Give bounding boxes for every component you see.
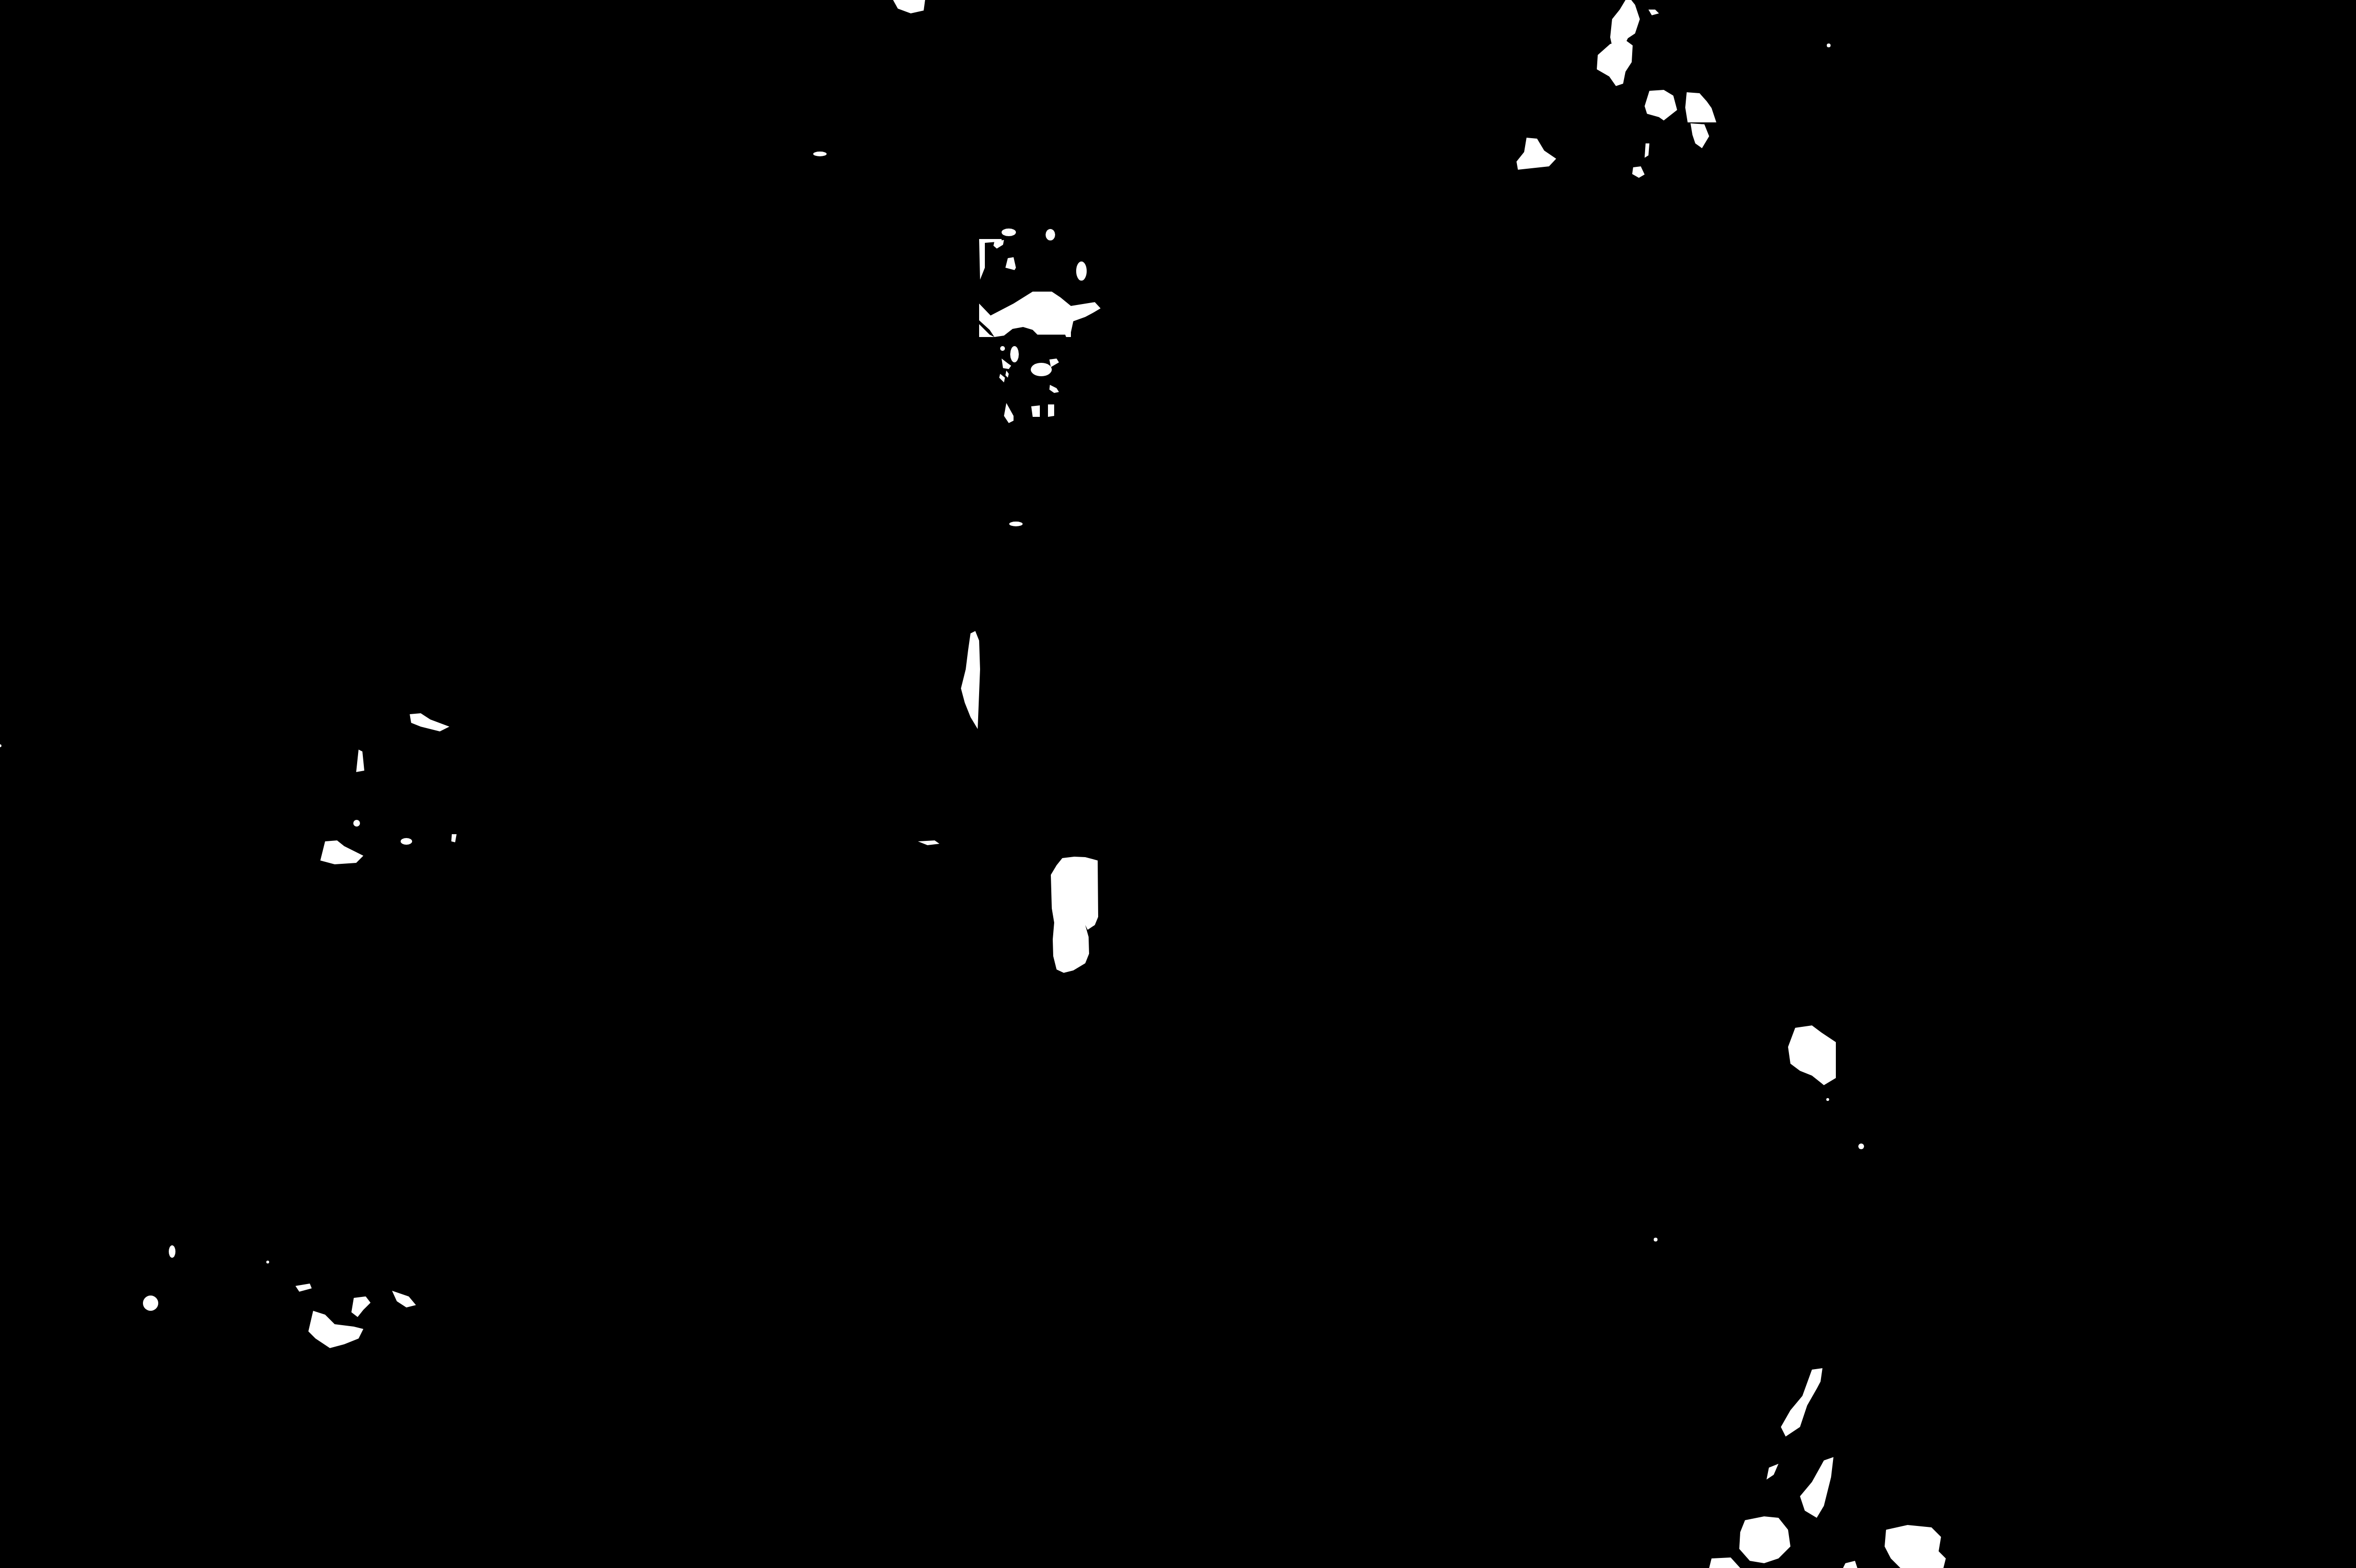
segmentation-mask [0,0,2356,1568]
